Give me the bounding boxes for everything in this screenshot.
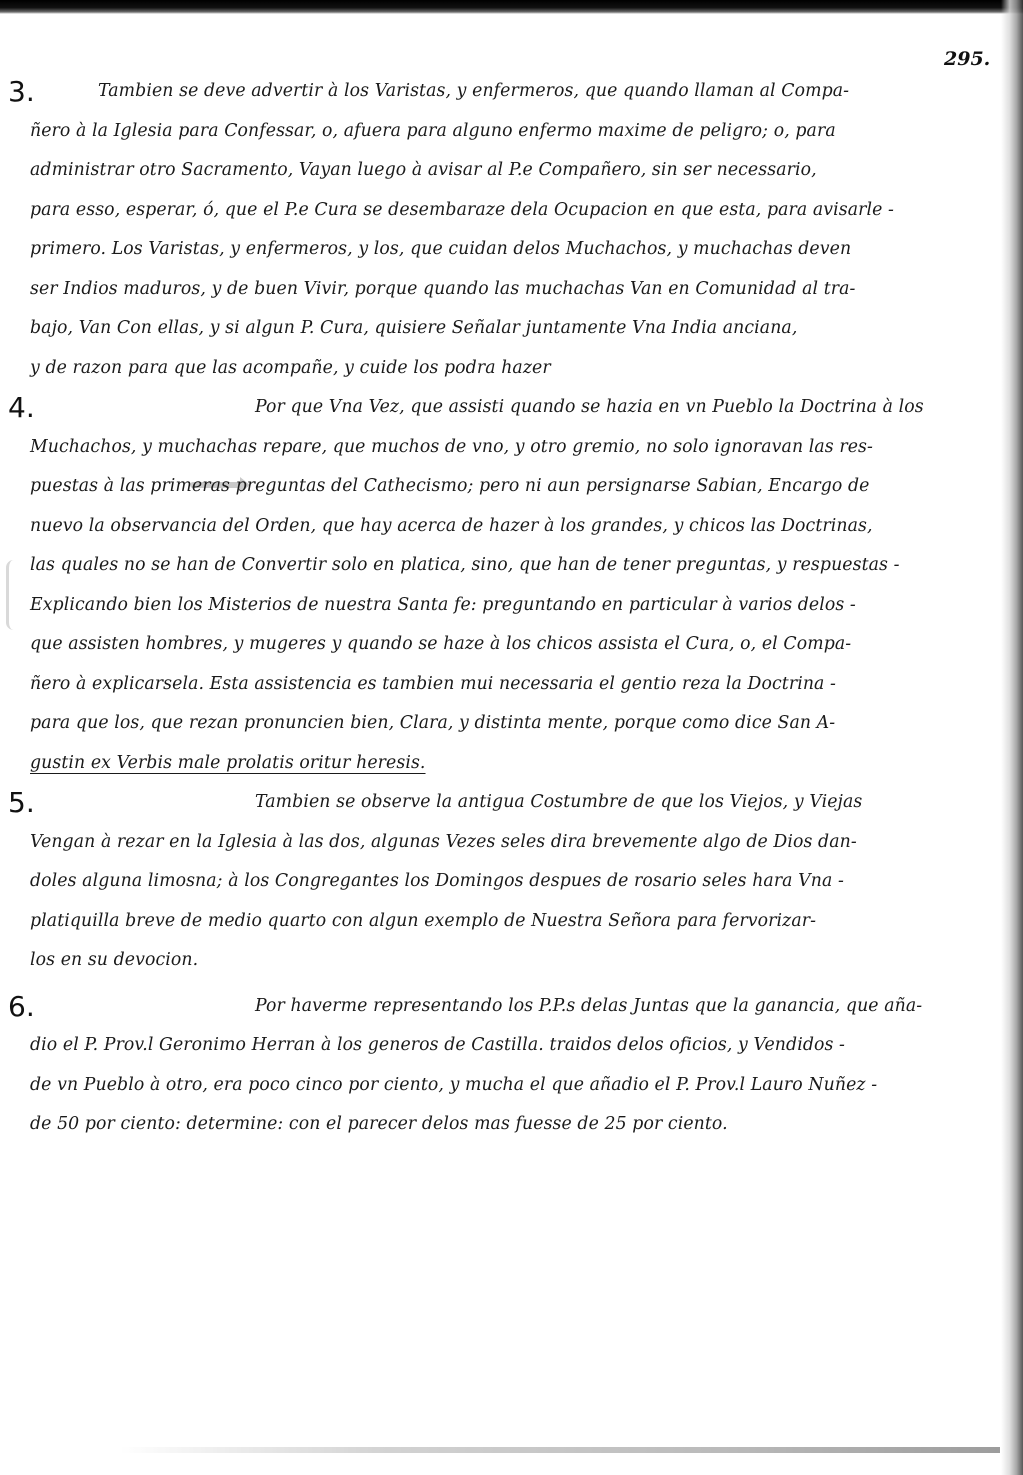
paragraph-number: 3. [8, 72, 35, 112]
text-line: Muchachos, y muchachas repare, que mucho… [30, 428, 975, 468]
text-line: puestas à las primeras preguntas del Cat… [30, 467, 975, 507]
page-binding-edge [1001, 0, 1023, 1475]
paragraph-number: 5. [8, 783, 35, 823]
text-line: Tambien se observe la antigua Costumbre … [30, 783, 975, 823]
text-line: Explicando bien los Misterios de nuestra… [30, 586, 975, 626]
paragraph-number: 6. [8, 987, 35, 1027]
text-line: bajo, Van Con ellas, y si algun P. Cura,… [30, 309, 975, 349]
text-line: que assisten hombres, y mugeres y quando… [30, 625, 975, 665]
text-line: Vengan à rezar en la Iglesia à las dos, … [30, 823, 975, 863]
text-line: Por que Vna Vez, que assisti quando se h… [30, 388, 975, 428]
paragraph-6: 6. Por haverme representando los P.P.s d… [30, 987, 975, 1145]
paragraph-number: 4. [8, 388, 35, 428]
text-line: nuevo la observancia del Orden, que hay … [30, 507, 975, 547]
manuscript-page: 3. Tambien se deve advertir à los Varist… [30, 72, 975, 1145]
text-line: de vn Pueblo à otro, era poco cinco por … [30, 1066, 975, 1106]
text-line: los en su devocion. [30, 941, 975, 981]
page-bottom-edge [120, 1447, 1000, 1453]
text-line: para que los, que rezan pronuncien bien,… [30, 704, 975, 744]
text-line: ñero à la Iglesia para Confessar, o, afu… [30, 112, 975, 152]
folio-number: 295. [944, 48, 990, 70]
paragraph-4: 4. Por que Vna Vez, que assisti quando s… [30, 388, 975, 783]
paragraph-5: 5. Tambien se observe la antigua Costumb… [30, 783, 975, 981]
margin-bracket-mark [6, 560, 21, 630]
text-line: para esso, esperar, ó, que el P.e Cura s… [30, 191, 975, 231]
paragraph-3: 3. Tambien se deve advertir à los Varist… [30, 72, 975, 388]
text-line: administrar otro Sacramento, Vayan luego… [30, 151, 975, 191]
text-line: Tambien se deve advertir à los Varistas,… [30, 72, 975, 112]
text-line: las quales no se han de Convertir solo e… [30, 546, 975, 586]
text-line: platiquilla breve de medio quarto con al… [30, 902, 975, 942]
text-line: de 50 por ciento: determine: con el pare… [30, 1105, 975, 1145]
text-line-latin-quote: gustin ex Verbis male prolatis oritur he… [30, 744, 975, 784]
text-line: primero. Los Varistas, y enfermeros, y l… [30, 230, 975, 270]
text-line: doles alguna limosna; à los Congregantes… [30, 862, 975, 902]
text-line: y de razon para que las acompañe, y cuid… [30, 349, 975, 389]
scan-top-shadow [0, 0, 1023, 14]
text-line: dio el P. Prov.l Geronimo Herran à los g… [30, 1026, 975, 1066]
text-line: ser Indios maduros, y de buen Vivir, por… [30, 270, 975, 310]
text-line: Por haverme representando los P.P.s dela… [30, 987, 975, 1027]
text-line: ñero à explicarsela. Esta assistencia es… [30, 665, 975, 705]
